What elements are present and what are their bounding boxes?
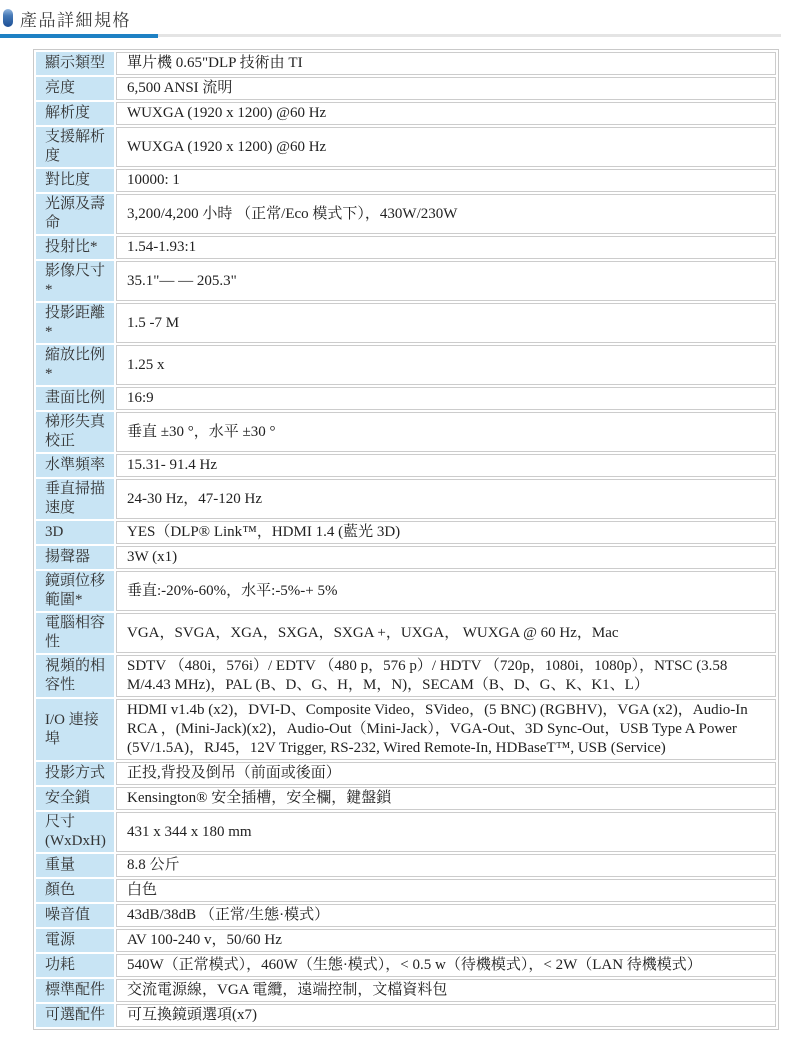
spec-label: 重量 <box>36 854 114 877</box>
spec-row: 噪音值43dB/38dB （正常/生態·模式） <box>36 904 776 927</box>
spec-value: 可互換鏡頭選項(x7) <box>116 1004 776 1027</box>
spec-label: 垂直掃描速度 <box>36 479 114 519</box>
blue-pill-bullet-icon <box>3 9 13 27</box>
spec-value: 垂直 ±30 °，水平 ±30 ° <box>116 412 776 452</box>
spec-value: 單片機 0.65"DLP 技術由 TI <box>116 52 776 75</box>
spec-value: 35.1"— — 205.3" <box>116 261 776 301</box>
spec-value: AV 100-240 v，50/60 Hz <box>116 929 776 952</box>
spec-row: 投射比*1.54-1.93:1 <box>36 236 776 259</box>
section-header: 產品詳細規格 <box>0 0 790 38</box>
spec-row: 可選配件可互換鏡頭選項(x7) <box>36 1004 776 1027</box>
spec-row: 水準頻率15.31- 91.4 Hz <box>36 454 776 477</box>
spec-value: 431 x 344 x 180 mm <box>116 812 776 852</box>
spec-row: 3DYES（DLP® Link™，HDMI 1.4 (藍光 3D) <box>36 521 776 544</box>
spec-row: 畫面比例16:9 <box>36 387 776 410</box>
spec-label: 可選配件 <box>36 1004 114 1027</box>
spec-row: 垂直掃描速度24-30 Hz，47-120 Hz <box>36 479 776 519</box>
spec-label: 梯形失真校正 <box>36 412 114 452</box>
spec-value: VGA，SVGA，XGA，SXGA，SXGA +，UXGA， WUXGA @ 6… <box>116 613 776 653</box>
title-underline-rest <box>158 34 781 37</box>
spec-row: 視頻的相容性SDTV （480i，576i）/ EDTV （480 p，576 … <box>36 655 776 697</box>
spec-label: 顏色 <box>36 879 114 902</box>
spec-row: 梯形失真校正垂直 ±30 °，水平 ±30 ° <box>36 412 776 452</box>
spec-row: 光源及壽命3,200/4,200 小時 （正常/Eco 模式下），430W/23… <box>36 194 776 234</box>
spec-row: 重量8.8 公斤 <box>36 854 776 877</box>
spec-row: 縮放比例*1.25 x <box>36 345 776 385</box>
title-underline <box>0 34 790 38</box>
spec-label: 安全鎖 <box>36 787 114 810</box>
spec-table: 顯示類型單片機 0.65"DLP 技術由 TI亮度6,500 ANSI 流明解析… <box>33 49 779 1030</box>
spec-label: 影像尺寸* <box>36 261 114 301</box>
spec-label: 水準頻率 <box>36 454 114 477</box>
spec-label: 3D <box>36 521 114 544</box>
spec-row: 顯示類型單片機 0.65"DLP 技術由 TI <box>36 52 776 75</box>
spec-value: 1.5 -7 M <box>116 303 776 343</box>
spec-value: 白色 <box>116 879 776 902</box>
spec-row: 亮度6,500 ANSI 流明 <box>36 77 776 100</box>
spec-label: 解析度 <box>36 102 114 125</box>
spec-label: 電腦相容性 <box>36 613 114 653</box>
spec-label: 投影方式 <box>36 762 114 785</box>
spec-value: 交流電源線，VGA 電纜，遠端控制，文檔資料包 <box>116 979 776 1002</box>
spec-value: Kensington® 安全插槽，安全欄，鍵盤鎖 <box>116 787 776 810</box>
spec-row: 鏡頭位移範圍*垂直:-20%-60%，水平:-5%-+ 5% <box>36 571 776 611</box>
spec-row: 尺寸 (WxDxH)431 x 344 x 180 mm <box>36 812 776 852</box>
spec-label: 視頻的相容性 <box>36 655 114 697</box>
spec-value: 正投,背投及倒吊（前面或後面） <box>116 762 776 785</box>
spec-label: I/O 連接埠 <box>36 699 114 760</box>
spec-row: 安全鎖Kensington® 安全插槽，安全欄，鍵盤鎖 <box>36 787 776 810</box>
spec-value: HDMI v1.4b (x2)，DVI-D、Composite Video，SV… <box>116 699 776 760</box>
spec-label: 支援解析度 <box>36 127 114 167</box>
spec-label: 標準配件 <box>36 979 114 1002</box>
spec-value: 43dB/38dB （正常/生態·模式） <box>116 904 776 927</box>
spec-row: 標準配件交流電源線，VGA 電纜，遠端控制，文檔資料包 <box>36 979 776 1002</box>
spec-value: 1.54-1.93:1 <box>116 236 776 259</box>
spec-value: 15.31- 91.4 Hz <box>116 454 776 477</box>
spec-label: 尺寸 (WxDxH) <box>36 812 114 852</box>
spec-value: 1.25 x <box>116 345 776 385</box>
spec-row: 投影方式正投,背投及倒吊（前面或後面） <box>36 762 776 785</box>
spec-label: 投影距離* <box>36 303 114 343</box>
spec-label: 功耗 <box>36 954 114 977</box>
spec-value: 6,500 ANSI 流明 <box>116 77 776 100</box>
spec-label: 投射比* <box>36 236 114 259</box>
spec-value: WUXGA (1920 x 1200) @60 Hz <box>116 102 776 125</box>
title-underline-accent <box>0 34 158 38</box>
spec-table-container: 顯示類型單片機 0.65"DLP 技術由 TI亮度6,500 ANSI 流明解析… <box>33 49 779 1030</box>
spec-row: I/O 連接埠HDMI v1.4b (x2)，DVI-D、Composite V… <box>36 699 776 760</box>
spec-value: 垂直:-20%-60%，水平:-5%-+ 5% <box>116 571 776 611</box>
spec-label: 光源及壽命 <box>36 194 114 234</box>
spec-label: 噪音值 <box>36 904 114 927</box>
spec-label: 鏡頭位移範圍* <box>36 571 114 611</box>
spec-value: 540W（正常模式），460W（生態·模式），< 0.5 w（待機模式），< 2… <box>116 954 776 977</box>
spec-value: 3,200/4,200 小時 （正常/Eco 模式下），430W/230W <box>116 194 776 234</box>
page-title: 產品詳細規格 <box>20 6 131 31</box>
spec-value: 3W (x1) <box>116 546 776 569</box>
spec-label: 對比度 <box>36 169 114 192</box>
spec-row: 揚聲器3W (x1) <box>36 546 776 569</box>
spec-label: 縮放比例* <box>36 345 114 385</box>
product-spec-page: 產品詳細規格 顯示類型單片機 0.65"DLP 技術由 TI亮度6,500 AN… <box>0 0 790 1060</box>
spec-value: 10000: 1 <box>116 169 776 192</box>
spec-row: 對比度10000: 1 <box>36 169 776 192</box>
spec-table-body: 顯示類型單片機 0.65"DLP 技術由 TI亮度6,500 ANSI 流明解析… <box>36 52 776 1027</box>
spec-value: WUXGA (1920 x 1200) @60 Hz <box>116 127 776 167</box>
spec-row: 電源AV 100-240 v，50/60 Hz <box>36 929 776 952</box>
spec-row: 支援解析度WUXGA (1920 x 1200) @60 Hz <box>36 127 776 167</box>
spec-value: 24-30 Hz，47-120 Hz <box>116 479 776 519</box>
spec-row: 影像尺寸*35.1"— — 205.3" <box>36 261 776 301</box>
spec-label: 電源 <box>36 929 114 952</box>
spec-value: SDTV （480i，576i）/ EDTV （480 p，576 p）/ HD… <box>116 655 776 697</box>
spec-row: 電腦相容性VGA，SVGA，XGA，SXGA，SXGA +，UXGA， WUXG… <box>36 613 776 653</box>
spec-value: 16:9 <box>116 387 776 410</box>
spec-value: YES（DLP® Link™，HDMI 1.4 (藍光 3D) <box>116 521 776 544</box>
spec-label: 顯示類型 <box>36 52 114 75</box>
spec-row: 功耗540W（正常模式），460W（生態·模式），< 0.5 w（待機模式），<… <box>36 954 776 977</box>
spec-value: 8.8 公斤 <box>116 854 776 877</box>
spec-row: 顏色白色 <box>36 879 776 902</box>
spec-label: 揚聲器 <box>36 546 114 569</box>
spec-label: 畫面比例 <box>36 387 114 410</box>
spec-row: 投影距離*1.5 -7 M <box>36 303 776 343</box>
spec-row: 解析度WUXGA (1920 x 1200) @60 Hz <box>36 102 776 125</box>
spec-label: 亮度 <box>36 77 114 100</box>
